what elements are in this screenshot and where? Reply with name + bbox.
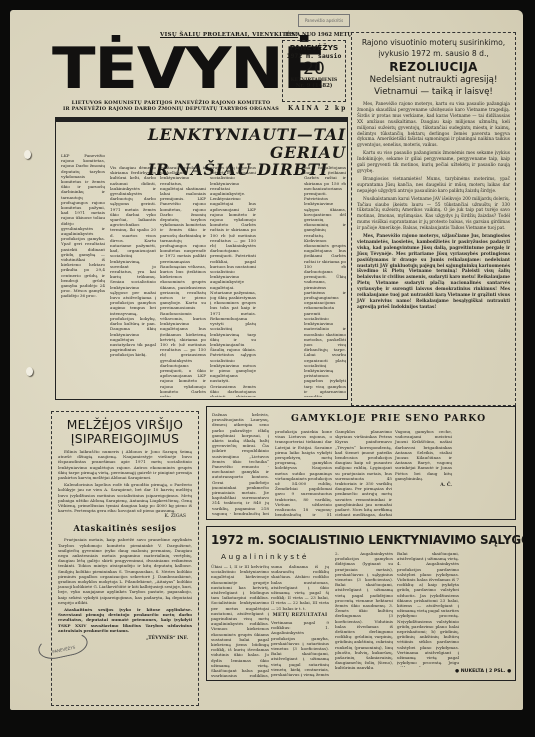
lead-article: LENKTYNIAUTI—TAI GERIAU IR NAŠIAU DIRBTI…: [55, 117, 348, 400]
sessions-headline: Ataskaitinės sesijos: [58, 523, 192, 533]
rule: [56, 118, 347, 122]
headline-line-1: MELŽĖJOS VIRŠIJO: [58, 419, 192, 433]
punch-hole: [24, 150, 31, 159]
resolution-intro: Rajono visuotinio moterų susirinkimo, įv…: [357, 37, 510, 59]
publisher-line: LIETUVOS KOMUNISTŲ PARTIJOS PANEVĖŽIO RA…: [56, 100, 286, 113]
section-heading: METŲ REZULTATAI: [271, 613, 329, 618]
paragraph: suma dalinama iš jų sudarančių rodiklių …: [271, 564, 329, 611]
resolution-slogan-2: Vietnamui — taiką ir laisvę!: [357, 86, 510, 98]
terms-column: Ūkiai — I, II ir III kelvirčių socialist…: [211, 564, 269, 678]
lead-column: Vis daugiau dėmesio skiriama ferdirbystė…: [110, 165, 156, 397]
factory-column: Dažnas keleivis, pravažiuojantis Laurynų…: [212, 412, 269, 516]
terms-headline: 1972 m. SOCIALISTINIO LENKTYNIAVIMO SĄLY…: [211, 533, 504, 547]
city: PANEVĖŽYS: [283, 43, 345, 52]
resolution-title: REZOLIUCIJA: [357, 60, 510, 74]
paragraph: Mes, Panevėžio rajono moterys, užjaučiam…: [357, 234, 510, 311]
lead-column: grupės ūkių tarpe bus ketvirtį bus suved…: [210, 165, 256, 397]
terms-subheadline: Augalininkystė: [221, 552, 309, 561]
paragraph: Vagonų gamybos ceche, vadovaujami meistr…: [395, 429, 452, 481]
day: 20: [283, 60, 345, 78]
punch-hole: [26, 367, 33, 376]
date-box: PANEVĖŽYS 1972 m. sausio 20 KETVIRTADIEN…: [282, 40, 346, 102]
lead-column: gulitarai suvedant ir paskelbiant lenkty…: [160, 165, 206, 397]
factory-column: Gamyklos planavimo skyriaus viršininkas …: [335, 429, 392, 517]
author-signature: K. ŽIGAS: [58, 514, 186, 519]
lead-intro: LKP Panevėžio rajono komitetas, rajono D…: [61, 153, 105, 397]
headline-line-1: LENKTYNIAUTI—TAI GERIAU: [66, 126, 346, 161]
terms-column: suma dalinama iš jų sudarančių rodiklių …: [271, 564, 329, 678]
competition-terms-article: 1972 m. SOCIALISTINIO LENKTYNIAVIMO SĄLY…: [206, 526, 516, 681]
paragraph: Vertinama pagal 9 rodiklius: 1. Augalini…: [271, 620, 329, 678]
headline-line-2: ĮSIPAREIGOJIMUS: [58, 433, 192, 447]
paragraph: Brangiosios vietnamietės! Mums, tarybinė…: [357, 177, 510, 195]
resolution-body: Mes, Panevėžio rajono moterys, kartu su …: [357, 102, 510, 311]
paragraph: Nusikalstamam karui Vietname JAV išeikvo…: [357, 197, 510, 232]
author-signature: A. Č.: [395, 483, 452, 488]
continued-label: NUKELTA Į 2 PSL.: [461, 669, 506, 674]
paragraph: Mes, Panevėžio rajono moterys, kartu su …: [357, 102, 510, 149]
publisher-line-2: IR PANEVĖŽIO RAJONO DARBO ŽMONIŲ DEPUTAT…: [56, 106, 286, 112]
paragraph: Kartu su viso pasaulio pažangiomis žmonė…: [357, 151, 510, 175]
library-stamp: Panevėžio apskritis: [298, 14, 350, 27]
terms-column: Balai skaičiuojami, atsižvelgiant į užim…: [397, 551, 459, 667]
factory-article: GAMYKLOJE PRIE SENO PARKO Dažnas keleivi…: [206, 406, 516, 520]
lead-column: ma nugalėtojams bus įteikiami Garbės raš…: [304, 165, 346, 397]
milkmaids-headline: MELŽĖJOS VIRŠIJO ĮSIPAREIGOJIMUS: [58, 419, 192, 446]
paragraph: Eilinis laikraščio numeris į Aldonos ir …: [58, 449, 192, 480]
sessions-body: Praėjusiais metais, kaip pabrėžė savo pr…: [58, 537, 192, 633]
milkmaids-article: MELŽĖJOS VIRŠIJO ĮSIPAREIGOJIMUS Eilinis…: [51, 411, 199, 706]
issue-number: Nr. 9 (1482): [283, 83, 345, 89]
factory-headline: GAMYKLOJE PRIE SENO PARKO: [291, 413, 486, 424]
price: KAINA 2 kp: [288, 105, 347, 112]
newspaper-page: Panevėžio apskritis VISŲ ŠALIŲ PROLETARA…: [10, 10, 523, 710]
milkmaids-body: Eilinis laikraščio numeris į Aldonos ir …: [58, 449, 192, 513]
resolution-article: Rajono visuotinio moterų susirinkimo, įv…: [351, 32, 516, 406]
factory-column: Vagonų gamybos ceche, vadovaujami meistr…: [395, 429, 452, 488]
paragraph: Praėjusiais metais, kaip pabrėžė savo pr…: [58, 537, 192, 605]
resolution-slogan-1: Nedelsiant nutraukti agresiją!: [357, 74, 510, 86]
factory-column: produkcija pasiekia kone visas Lietuvos …: [275, 429, 332, 517]
terms-column: 2. Augalininkystės produkcijos gamybos d…: [335, 551, 393, 669]
paragraph: Ataskaitinės sesijos įvyko ir kitose apy…: [58, 607, 192, 633]
continued-note: ● NUKELTA Į 2 PSL. ●: [455, 669, 511, 674]
paragraph: Kalendorinius lapelius rodė tik gruodžio…: [58, 482, 192, 513]
